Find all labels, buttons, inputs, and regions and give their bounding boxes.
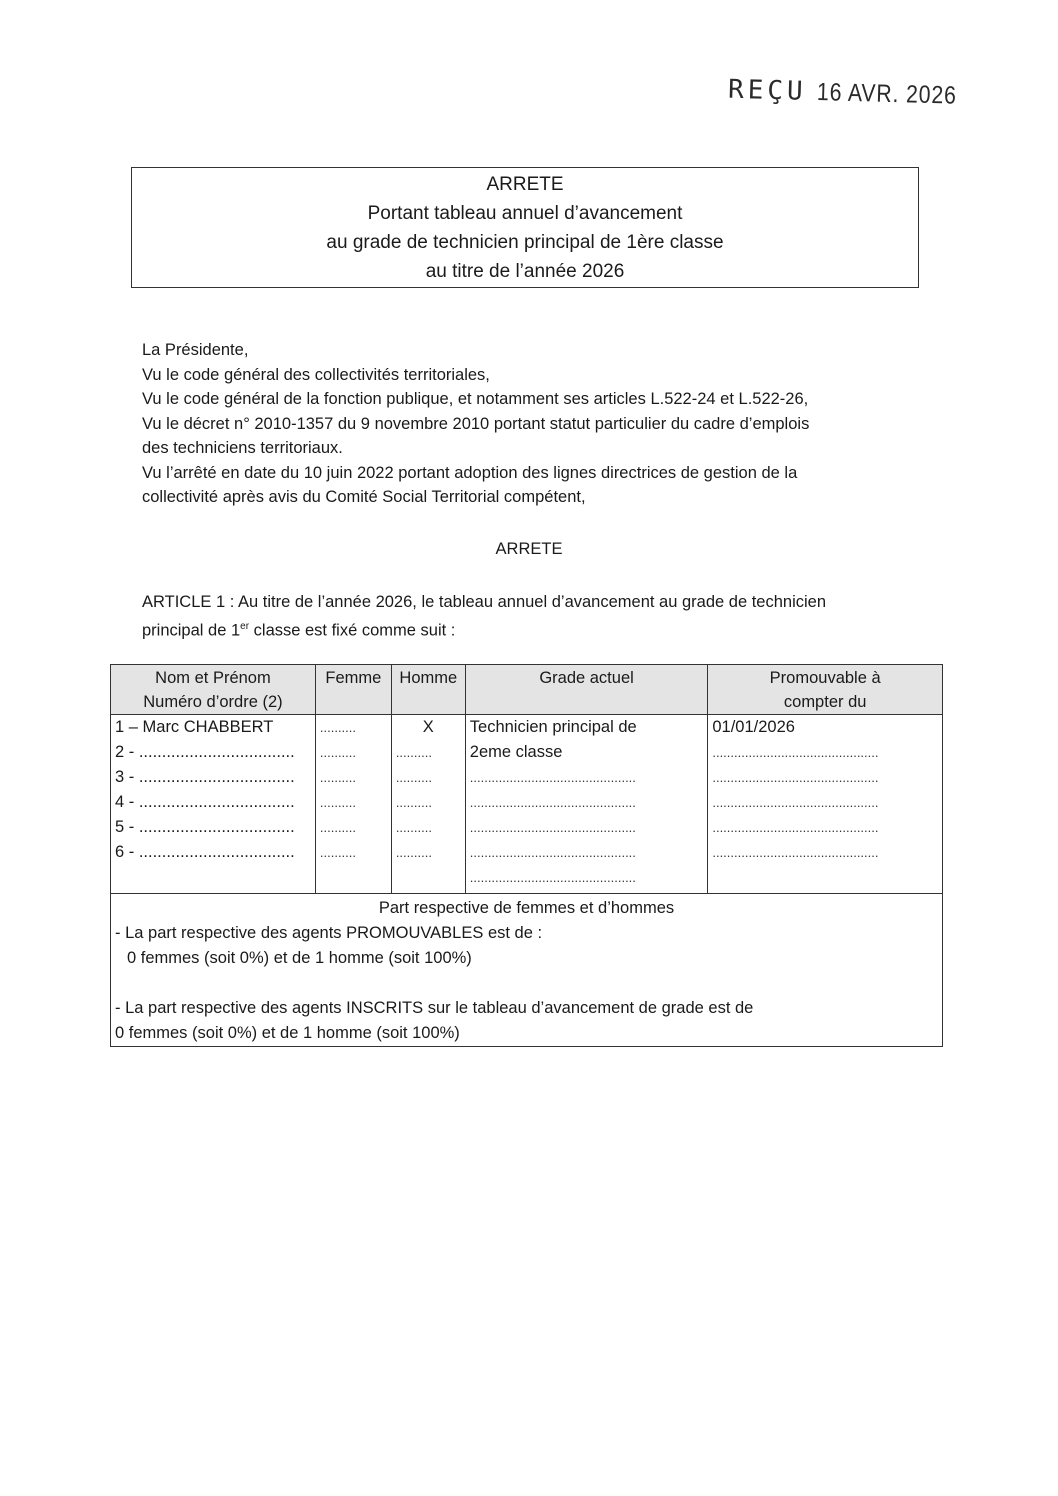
grade-cell: Technicien principal de 2eme classe ....… <box>465 715 708 894</box>
date-entry: ........................................… <box>712 840 938 865</box>
homme-cell: X .......... .......... .......... .....… <box>391 715 465 894</box>
title-heading: ARRETE <box>132 170 918 199</box>
grade-entry: ........................................… <box>470 865 704 890</box>
preamble-line: collectivité après avis du Comité Social… <box>142 485 922 510</box>
table-header-row: Nom et Prénom Numéro d’ordre (2) Femme H… <box>111 665 943 715</box>
article-1-line: ARTICLE 1 : Au titre de l’année 2026, le… <box>142 590 932 615</box>
grade-entry: 2eme classe <box>470 740 704 765</box>
date-entry: ........................................… <box>712 740 938 765</box>
grade-entry: ........................................… <box>470 840 704 865</box>
title-line: au titre de l’année 2026 <box>132 257 918 286</box>
femme-entry: .......... <box>320 815 387 840</box>
summary-promouvables-values: 0 femmes (soit 0%) et de 1 homme (soit 1… <box>115 946 938 971</box>
date-entry: ........................................… <box>712 765 938 790</box>
femme-entry: .......... <box>320 790 387 815</box>
title-line: Portant tableau annuel d’avancement <box>132 199 918 228</box>
summary-row: Part respective de femmes et d’hommes - … <box>111 894 943 1047</box>
femme-cell: .......... .......... .......... .......… <box>315 715 391 894</box>
header-name-line: Nom et Prénom <box>115 666 311 690</box>
summary-heading: Part respective de femmes et d’hommes <box>115 896 938 921</box>
stamp-date: 16 AVR. 2026 <box>816 78 956 111</box>
preamble: La Présidente, Vu le code général des co… <box>142 338 922 510</box>
article-1: ARTICLE 1 : Au titre de l’année 2026, le… <box>142 590 932 643</box>
summary-promouvables-intro: - La part respective des agents PROMOUVA… <box>115 921 938 946</box>
stamp-word: REÇU <box>728 75 807 107</box>
homme-entry: .......... <box>396 740 461 765</box>
femme-entry: .......... <box>320 840 387 865</box>
preamble-line: Vu l’arrêté en date du 10 juin 2022 port… <box>142 461 922 486</box>
article-superscript: er <box>240 621 249 632</box>
received-stamp: REÇU16 AVR. 2026 <box>728 75 982 112</box>
homme-entry: .......... <box>396 765 461 790</box>
homme-entry: .......... <box>396 840 461 865</box>
homme-entry: .......... <box>396 790 461 815</box>
header-date-line: Promouvable à <box>712 666 938 690</box>
header-date-line: compter du <box>712 690 938 714</box>
names-cell: 1 – Marc CHABBERT 2 - ..................… <box>111 715 316 894</box>
femme-entry: .......... <box>320 715 387 740</box>
title-box: ARRETE Portant tableau annuel d’avanceme… <box>131 167 919 288</box>
header-name-line: Numéro d’ordre (2) <box>115 690 311 714</box>
homme-entry: .......... <box>396 815 461 840</box>
preamble-line: Vu le code général de la fonction publiq… <box>142 387 922 412</box>
femme-entry: .......... <box>320 765 387 790</box>
header-date: Promouvable à compter du <box>708 665 943 715</box>
article-1-line: principal de 1er classe est fixé comme s… <box>142 615 932 643</box>
arrete-heading: ARRETE <box>0 540 1058 559</box>
date-entry: 01/01/2026 <box>712 715 938 740</box>
date-entry: ........................................… <box>712 790 938 815</box>
name-entry: 4 - .................................. <box>115 790 311 815</box>
date-entry: ........................................… <box>712 815 938 840</box>
femme-entry: .......... <box>320 740 387 765</box>
header-name: Nom et Prénom Numéro d’ordre (2) <box>111 665 316 715</box>
grade-entry: ........................................… <box>470 815 704 840</box>
table-row: 1 – Marc CHABBERT 2 - ..................… <box>111 715 943 894</box>
name-entry: 2 - .................................. <box>115 740 311 765</box>
name-entry: 3 - .................................. <box>115 765 311 790</box>
title-line: au grade de technicien principal de 1ère… <box>132 228 918 257</box>
header-grade: Grade actuel <box>465 665 708 715</box>
advancement-table: Nom et Prénom Numéro d’ordre (2) Femme H… <box>110 664 943 1047</box>
name-entry: 1 – Marc CHABBERT <box>115 715 311 740</box>
preamble-line: Vu le décret n° 2010-1357 du 9 novembre … <box>142 412 922 437</box>
name-entry: 6 - .................................. <box>115 840 311 865</box>
preamble-line: des techniciens territoriaux. <box>142 436 922 461</box>
gender-summary: Part respective de femmes et d’hommes - … <box>111 894 943 1047</box>
article-text: principal de 1 <box>142 621 240 639</box>
header-homme: Homme <box>391 665 465 715</box>
preamble-line: La Présidente, <box>142 338 922 363</box>
name-entry: 5 - .................................. <box>115 815 311 840</box>
preamble-line: Vu le code général des collectivités ter… <box>142 363 922 388</box>
grade-entry: Technicien principal de <box>470 715 704 740</box>
grade-entry: ........................................… <box>470 765 704 790</box>
summary-inscrits-values: 0 femmes (soit 0%) et de 1 homme (soit 1… <box>115 1021 938 1046</box>
homme-entry: X <box>396 715 461 740</box>
date-cell: 01/01/2026 .............................… <box>708 715 943 894</box>
summary-spacer <box>115 971 938 996</box>
grade-entry: ........................................… <box>470 790 704 815</box>
header-femme: Femme <box>315 665 391 715</box>
summary-inscrits-intro: - La part respective des agents INSCRITS… <box>115 996 938 1021</box>
article-text: classe est fixé comme suit : <box>249 621 455 639</box>
